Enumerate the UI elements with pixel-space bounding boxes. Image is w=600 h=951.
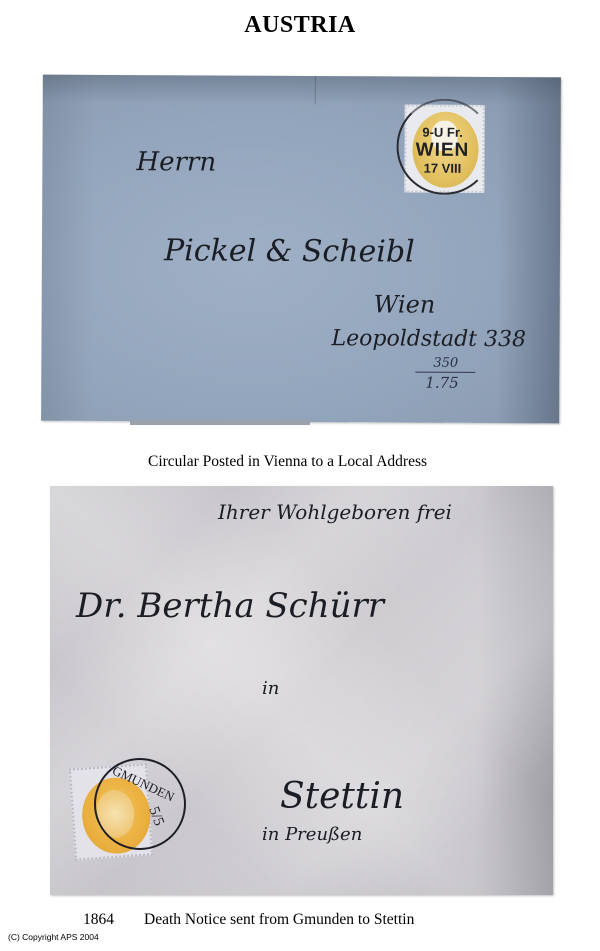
address-region: in Preußen bbox=[262, 824, 362, 845]
caption-cover1: Circular Posted in Vienna to a Local Add… bbox=[148, 453, 427, 471]
postmark-line-city: WIEN bbox=[404, 140, 480, 162]
envelope-flap-edge bbox=[130, 420, 310, 425]
address-salutation: Herrn bbox=[136, 147, 216, 177]
address-preposition: in bbox=[262, 678, 279, 699]
cover-vienna-circular: 9-U Fr. WIEN 17 VIII Herrn Pickel & Sche… bbox=[41, 75, 561, 424]
address-note-top: 350 bbox=[433, 356, 458, 371]
address-street: Leopoldstadt 338 bbox=[331, 326, 526, 352]
page-title: AUSTRIA bbox=[0, 12, 600, 39]
copyright-notice: (C) Copyright APS 2004 bbox=[8, 932, 99, 942]
note-divider bbox=[415, 372, 475, 373]
envelope-fold bbox=[315, 76, 316, 104]
caption-cover2: Death Notice sent from Gmunden to Stetti… bbox=[144, 911, 414, 929]
address-city: Wien bbox=[374, 290, 436, 318]
address-city: Stettin bbox=[280, 776, 404, 817]
postmark-gmunden bbox=[94, 758, 186, 850]
address-note-bottom: 1.75 bbox=[425, 374, 459, 392]
postmark-line-time: 9-U Fr. bbox=[409, 125, 477, 140]
postmark-line-date: 17 VIII bbox=[408, 161, 476, 176]
cover-death-notice: Ihrer Wohlgeboren frei Dr. Bertha Schürr… bbox=[50, 486, 553, 895]
address-recipient: Pickel & Scheibl bbox=[164, 233, 415, 269]
address-honorific: Ihrer Wohlgeboren frei bbox=[218, 500, 452, 524]
caption-year: 1864 bbox=[83, 911, 114, 929]
address-recipient: Dr. Bertha Schürr bbox=[76, 586, 384, 626]
